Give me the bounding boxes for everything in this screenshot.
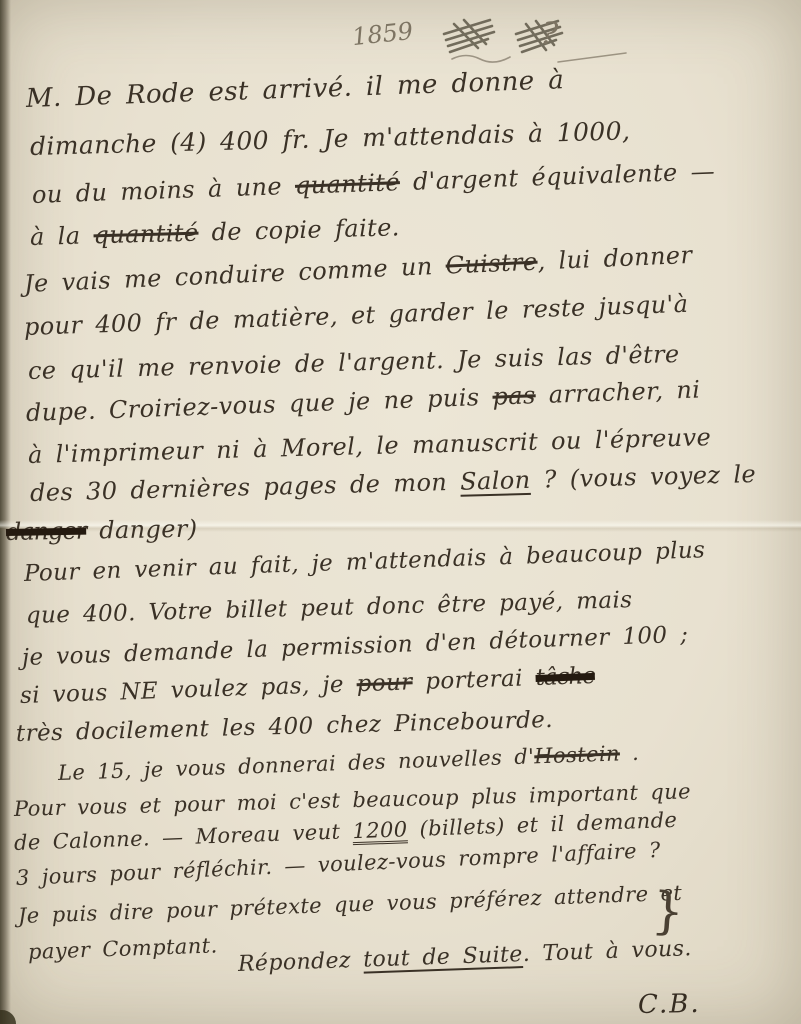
letter-line: Pour en venir au fait, je m'attendais à … — [24, 537, 706, 587]
photo-edge-left — [0, 0, 11, 1024]
letter-line: M. De Rode est arrivé. il me donne à — [25, 65, 564, 114]
struck-word: quantité — [295, 168, 401, 200]
underlined-number: 1200 — [352, 817, 408, 843]
letter-page: 1859 ? M. De Rode est arrivé. il me donn… — [0, 0, 801, 1024]
letter-line: payer Comptant. — [28, 933, 218, 964]
letter-line: dupe. Croiriez-vous que je ne puis pas a… — [26, 375, 701, 427]
letter-line: Le 15, je vous donnerai des nouvelles d'… — [58, 741, 640, 785]
letter-line: ou du moins à une quantité d'argent équi… — [32, 157, 716, 209]
letter-line: à la quantité de copie faite. — [30, 213, 400, 251]
underlined-phrase: tout de Suite — [363, 942, 523, 973]
struck-word: pas — [492, 381, 536, 410]
letter-line: très docilement les 400 chez Pincebourde… — [16, 707, 554, 747]
letter-line: danger danger) — [6, 515, 198, 546]
letter-line: à l'imprimeur ni à Morel, le manuscrit o… — [28, 423, 712, 469]
struck-word: Cuistre — [445, 248, 538, 280]
pencil-question-mark: ? — [539, 15, 559, 53]
letter-line: que 400. Votre billet peut donc être pay… — [26, 587, 633, 629]
signature: C.B. — [638, 989, 701, 1020]
letter-line: dimanche (4) 400 fr. Je m'attendais à 10… — [30, 116, 631, 161]
underlined-word: Salon — [460, 466, 531, 496]
scribble-marks-icon — [438, 12, 628, 64]
letter-line: si vous NE voulez pas, je pour porterai … — [20, 663, 596, 709]
letter-line: Je vais me conduire comme un Cuistre, lu… — [23, 241, 692, 298]
struck-word: pour — [356, 669, 413, 697]
letter-line: des 30 dernières pages de mon Salon ? (v… — [30, 460, 757, 507]
struck-word: Hostein — [534, 741, 620, 768]
letter-line: pour 400 fr de matière, et garder le res… — [24, 290, 689, 341]
pencil-year-annotation: 1859 — [351, 17, 415, 51]
letter-line: ce qu'il me renvoie de l'argent. Je suis… — [28, 340, 680, 385]
closing-line: Répondez tout de Suite. Tout à vous. — [238, 936, 693, 977]
struck-word: quantité — [93, 219, 199, 250]
struck-word: tâche — [535, 663, 595, 691]
photo-edge-corner — [0, 1010, 16, 1024]
letter-line: Je puis dire pour prétexte que vous préf… — [18, 881, 683, 928]
struck-word: danger — [6, 517, 87, 546]
flourish-mark: } — [650, 881, 686, 941]
